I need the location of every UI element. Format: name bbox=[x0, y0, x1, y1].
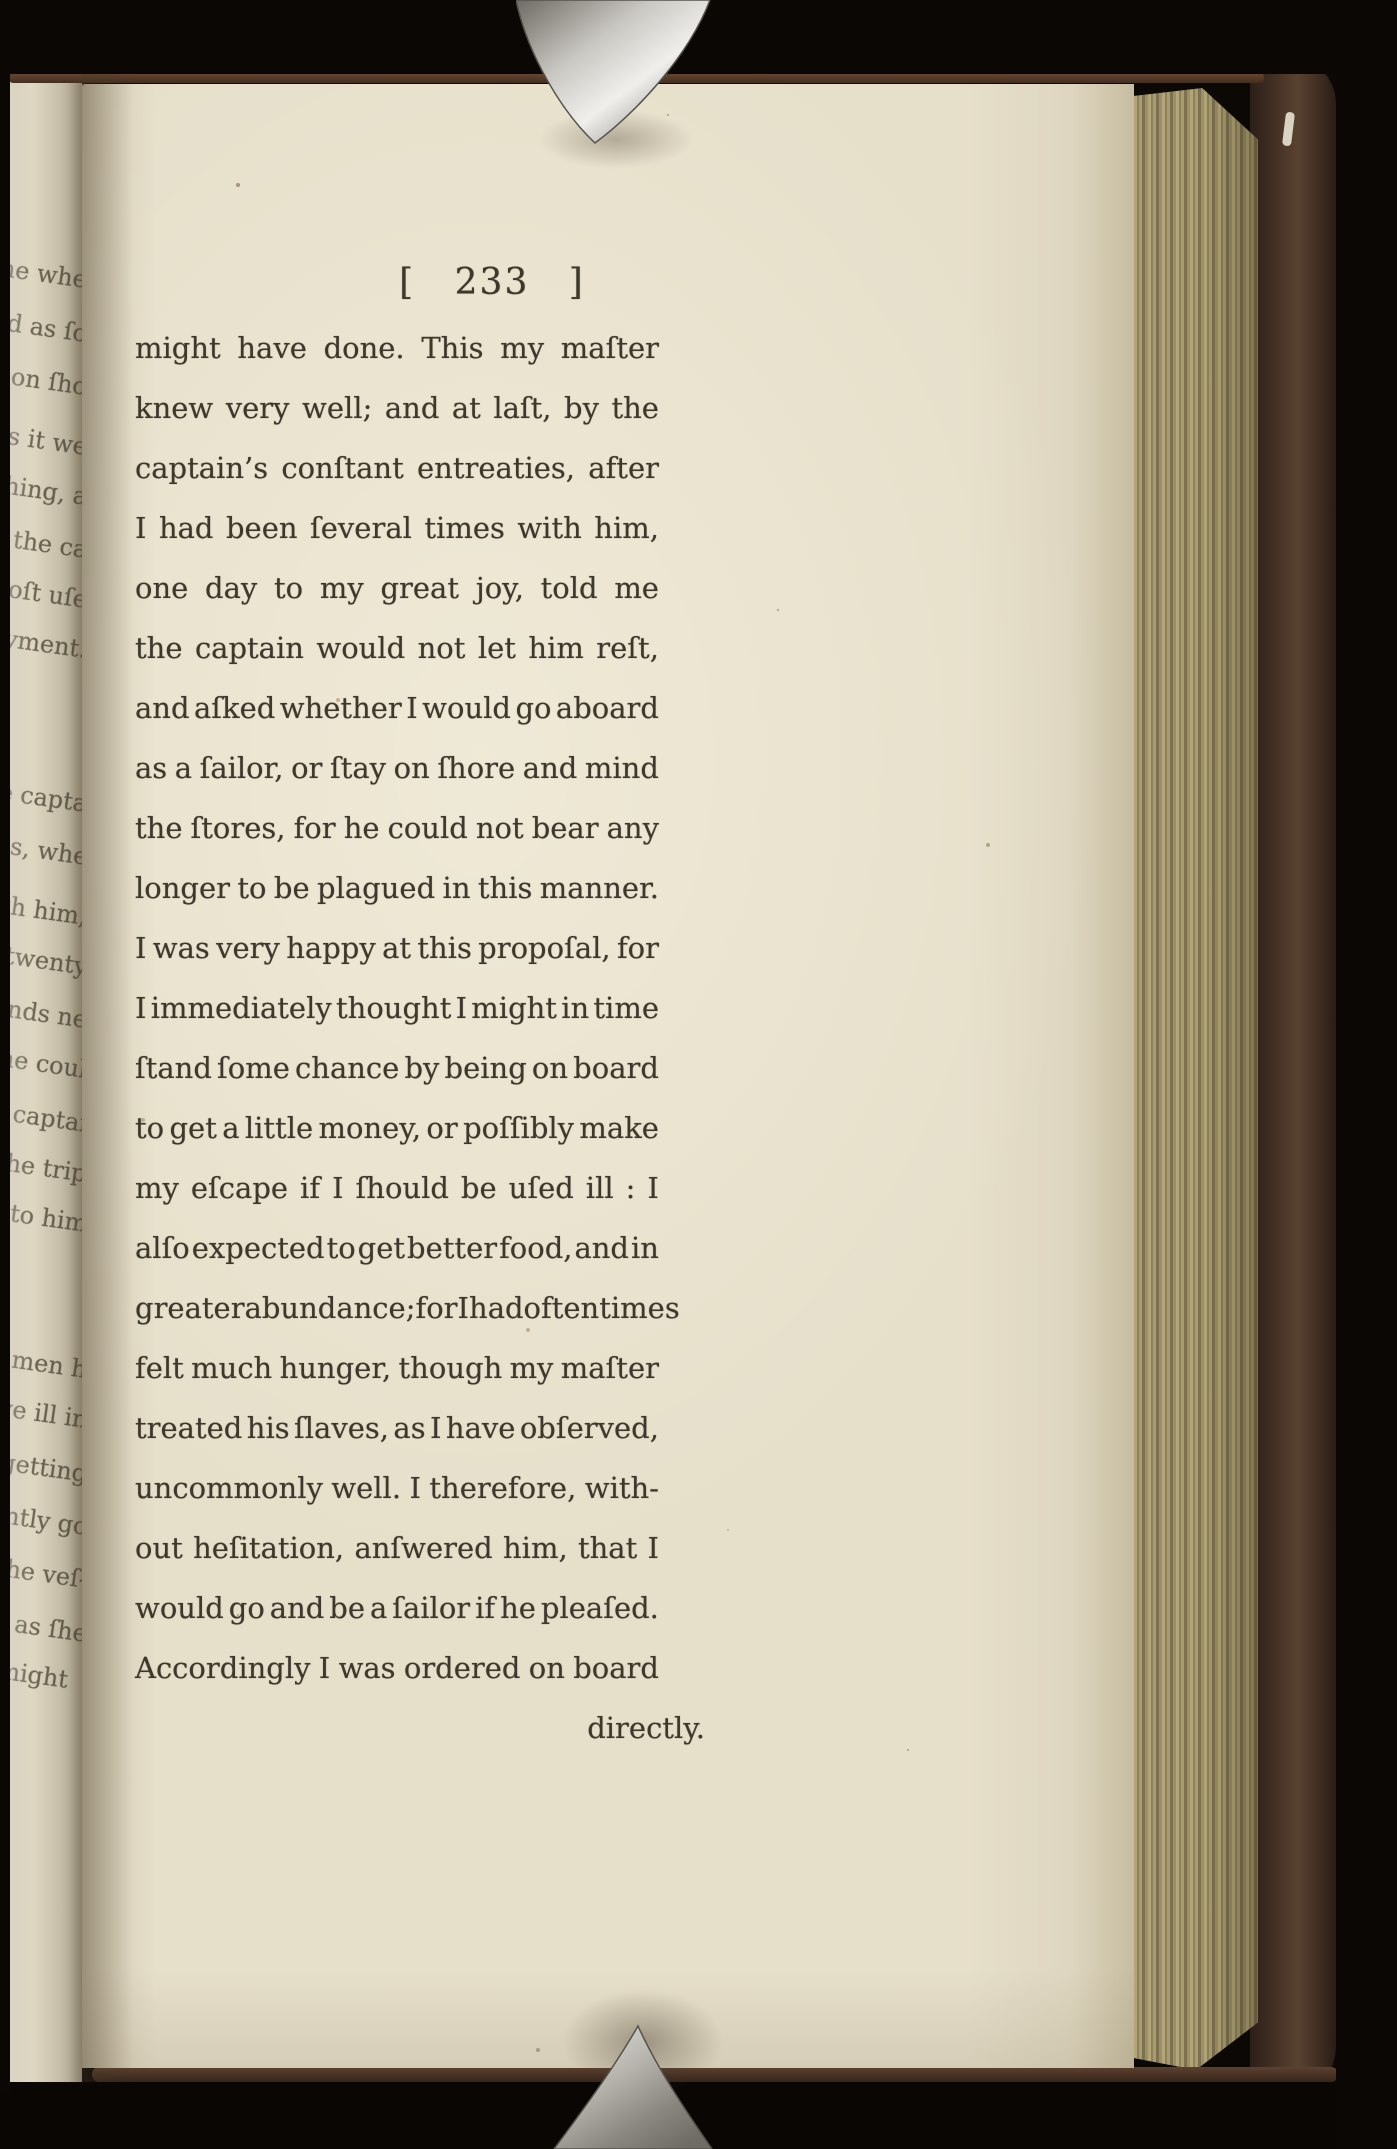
text-line: IimmediatelythoughtImightintime bbox=[135, 978, 659, 1038]
scan-background-left bbox=[0, 0, 10, 2149]
text-line: treatedhisſlaves,asIhaveobſerved, bbox=[135, 1398, 659, 1458]
gutter-shadow bbox=[82, 26, 142, 2086]
page-clamp-bottom bbox=[552, 2022, 714, 2149]
text-line: Ihadbeenſeveraltimeswithhim, bbox=[135, 498, 659, 558]
facing-page-crease bbox=[10, 26, 82, 2094]
text-line: feltmuchhunger,thoughmymaſter bbox=[135, 1338, 659, 1398]
text-line: onedaytomygreatjoy,toldme bbox=[135, 558, 659, 618]
text-line: outheſitation,anſweredhim,thatI bbox=[135, 1518, 659, 1578]
facing-page-edge: me whend as ſoor on ſhog as it wething, … bbox=[10, 26, 82, 2094]
text-line: theſtores,forhecouldnotbearany bbox=[135, 798, 659, 858]
text-line: myeſcapeifIſhouldbeuſedill:I bbox=[135, 1158, 659, 1218]
page-number-header: [ 233 ] bbox=[282, 262, 702, 303]
text-line: mighthavedone.Thismymaſter bbox=[135, 318, 659, 378]
text-line: andaſkedwhetherIwouldgoaboard bbox=[135, 678, 659, 738]
photo-background: me whend as ſoor on ſhog as it wething, … bbox=[0, 0, 1397, 2149]
text-line: longertobeplaguedinthismanner. bbox=[135, 858, 659, 918]
text-line: alſoexpectedtogetbetterfood,andin bbox=[135, 1218, 659, 1278]
scan-background-corner bbox=[0, 2094, 120, 2149]
text-line: Iwasveryhappyatthispropoſal,for bbox=[135, 918, 659, 978]
leather-cover-edge bbox=[1250, 56, 1336, 2098]
text-line: directly. bbox=[135, 1698, 705, 1758]
text-line: captain’sconſtantentreaties,after bbox=[135, 438, 659, 498]
text-line: wouldgoandbeaſailorifhepleaſed. bbox=[135, 1578, 659, 1638]
book-page: [ 233 ] mighthavedone.Thismymaſterknewve… bbox=[82, 84, 1134, 2068]
page-fore-edge bbox=[1134, 88, 1258, 2070]
page-clamp-top bbox=[516, 0, 712, 152]
text-line: togetalittlemoney,orpoſſiblymake bbox=[135, 1098, 659, 1158]
text-line: knewverywell;andatlaſt,bythe bbox=[135, 378, 659, 438]
text-line: ſtandſomechancebybeingonboard bbox=[135, 1038, 659, 1098]
text-line: uncommonlywell.Itherefore,with- bbox=[135, 1458, 659, 1518]
text-line: asaſailor,orſtayonſhoreandmind bbox=[135, 738, 659, 798]
text-line: thecaptainwouldnotlethimreſt, bbox=[135, 618, 659, 678]
text-line: greaterabundance;forIhadoftentimes bbox=[135, 1278, 659, 1338]
text-line: AccordinglyIwasorderedonboard bbox=[135, 1638, 659, 1698]
scan-background-right bbox=[1336, 0, 1397, 2149]
page-text: mighthavedone.Thismymaſterknewverywell;a… bbox=[135, 318, 659, 1758]
